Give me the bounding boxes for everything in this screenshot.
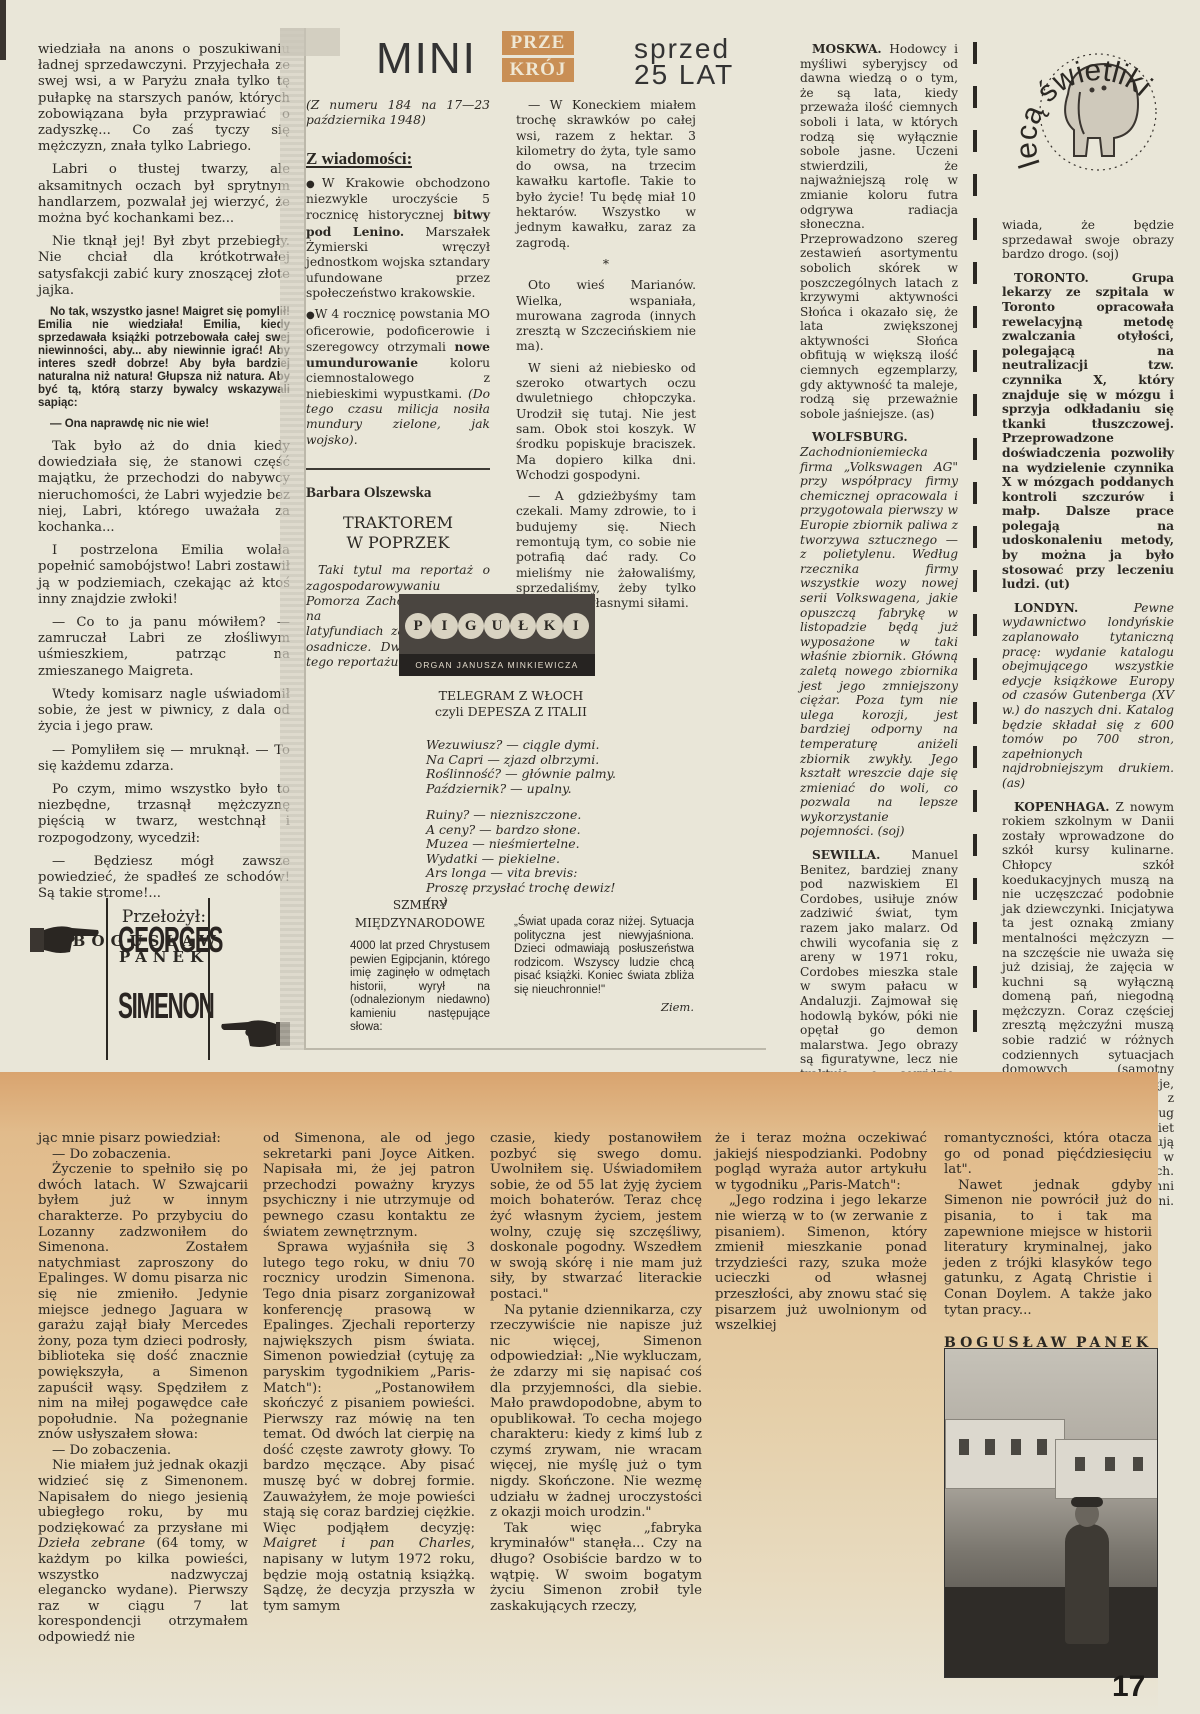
poem-line: Wezuwiusz? — ciągle dymi.	[426, 738, 716, 753]
news-city: MOSKWA.	[812, 42, 882, 56]
pill-letter: I	[563, 613, 589, 639]
pill-letter: K	[536, 613, 562, 639]
photo-window	[1133, 1457, 1143, 1471]
separator-bar	[973, 570, 977, 592]
news-text: Grupa lekarzy ze szpitala w Toronto opra…	[1002, 271, 1174, 591]
separator-bar	[973, 878, 977, 900]
news-item-moskwa: MOSKWA. Hodowcy i myśliwi syberyjscy od …	[800, 42, 958, 421]
news-text: Pewne wydawnictwo londyńskie zaplanowało…	[1002, 601, 1174, 790]
article-paragraph: Nawet jednak gdyby Simenon nie powrócił …	[944, 1178, 1152, 1318]
poem-line: Październik? — upalny.	[426, 782, 716, 797]
telegram-title: TELEGRAM Z WŁOCH czyli DEPESZA Z ITALII	[386, 688, 636, 720]
separator-bar	[973, 702, 977, 724]
banner-first-name: GEORGES	[118, 920, 186, 960]
poem-stanza: Wezuwiusz? — ciągle dymi. Na Capri — zja…	[426, 738, 716, 796]
photo-window	[1105, 1457, 1115, 1471]
poem-line: Roślinność? — głównie palmy.	[426, 767, 716, 782]
separator-bar	[973, 922, 977, 944]
photo-window	[1011, 1439, 1021, 1455]
article-paragraph: jąc mnie pisarz powiedział:	[38, 1131, 248, 1147]
news-text: Hodowcy i myśliwi syberyjscy od dawna wi…	[800, 42, 958, 421]
issue-note: (Z numeru 184 na 17—23 października 1948…	[306, 98, 490, 129]
story-small-quote: — Ona naprawdę nic nie wie!	[38, 418, 290, 431]
separator-bar	[973, 614, 977, 636]
simenon-article-column-4: że i teraz można oczekiwać jakiejś niesp…	[715, 1131, 927, 1334]
article-paragraph: W sieni aż niebiesko od szeroko otwartyc…	[516, 361, 696, 483]
simenon-article-column-5: romantyczności, która otacza go od ponad…	[944, 1131, 1152, 1352]
simenon-photo	[944, 1348, 1158, 1678]
szmery-title-line-2: MIĘDZYNARODOWE	[350, 914, 490, 932]
photo-window	[1037, 1439, 1047, 1455]
mini-left-column: (Z numeru 184 na 17—23 października 1948…	[306, 98, 490, 676]
pigulki-logo: P I G U Ł K I ORGAN JANUSZA MINKIEWICZA	[399, 594, 595, 676]
article-paragraph: — Do zobaczenia.	[38, 1147, 248, 1163]
poem-line: A ceny? — bardzo słone.	[426, 823, 716, 838]
banner-last-name: SIMENON	[118, 986, 186, 1026]
story-paragraph: — Będziesz mógł zawsze powiedzieć, że sp…	[38, 854, 290, 903]
poem-line: Wydatki — piekielne.	[426, 852, 716, 867]
szmery-title-line-1: SZMERY	[350, 896, 490, 914]
mini-przekroj-box: MINI PRZE KRÓJ sprzed 25 LAT (Z numeru 1…	[304, 28, 766, 1050]
article-paragraph: Na pytanie dziennikarza, czy rzeczywiści…	[490, 1303, 702, 1521]
poem-line: Proszę przysłać trochę dewiz!	[426, 881, 716, 896]
article-paragraph: od Simenona, ale od jego sekretarki pani…	[263, 1131, 475, 1240]
news-city: LONDYN.	[1014, 601, 1078, 615]
separator-bar	[973, 306, 977, 328]
news-item-londyn: LONDYN. Pewne wydawnictwo londyńskie zap…	[1002, 601, 1174, 791]
photo-window	[1075, 1457, 1085, 1471]
szmery-section: SZMERY MIĘDZYNARODOWE 4000 lat przed Chr…	[350, 896, 490, 1035]
story-small-print: No tak, wszystko jasne! Maigret się pomy…	[38, 306, 290, 431]
story-paragraph: Wtedy komisarz nagle uświadomił sobie, ż…	[38, 687, 290, 736]
banner-divider-left	[106, 898, 108, 1060]
article-text: Nie miałem już jednak okazji widzieć się…	[38, 1458, 248, 1535]
section-subtitle: sprzed 25 LAT	[634, 36, 734, 88]
mini-title: MINI	[376, 34, 477, 84]
separator-bar	[973, 218, 977, 240]
story-paragraph: Labri o tłustej twarzy, ale aksamitnych …	[38, 162, 290, 227]
leca-swietliki-logo: lecą świetliki	[1010, 34, 1180, 184]
news-heading: Z wiadomości:	[306, 151, 412, 168]
poem-line: Muzea — nieśmiertelne.	[426, 837, 716, 852]
pill-letter: G	[458, 613, 484, 639]
pill-letter: I	[431, 613, 457, 639]
telegram-title-line-2: czyli DEPESZA Z ITALII	[386, 704, 636, 720]
separator-bar	[973, 482, 977, 504]
news-city: TORONTO.	[1014, 271, 1089, 285]
szmery-title: SZMERY MIĘDZYNARODOWE	[350, 896, 490, 932]
separator-bar	[973, 966, 977, 988]
story-paragraph: Po czym, mimo wszystko było to niezbędne…	[38, 782, 290, 847]
separator-bar	[973, 746, 977, 768]
pointing-hand-icon	[30, 922, 100, 956]
decorative-gray-corner	[280, 28, 340, 56]
story-paragraph: — Pomyliłem się — mruknął. — To się każd…	[38, 743, 290, 775]
article-paragraph: Oto wieś Marianów. Wielka, wspaniała, mu…	[516, 278, 696, 354]
separator-bar	[973, 86, 977, 108]
article-paragraph: Nie miałem już jednak okazji widzieć się…	[38, 1458, 248, 1645]
pill-letter: U	[484, 613, 510, 639]
story-small-paragraph: No tak, wszystko jasne! Maigret się pomy…	[38, 306, 290, 410]
news-city: SEWILLA.	[812, 848, 880, 862]
poem-line: Ars longa — vita brevis:	[426, 866, 716, 881]
article-title-line-1: TRAKTOREM	[306, 513, 490, 533]
page-number: 17	[1112, 1670, 1145, 1704]
news-text: wiada, że będzie sprzedawał swoje obrazy…	[1002, 218, 1174, 261]
ancient-quote-text: „Świat upada coraz niżej. Sytuacja polit…	[514, 916, 694, 997]
story-paragraph: Tak było aż do dnia kiedy dowiedziała si…	[38, 439, 290, 536]
article-title: TRAKTOREM W POPRZEK	[306, 513, 490, 553]
separator-bar	[973, 262, 977, 284]
story-paragraph: wiedziała na anons o poszukiwaniu ładnej…	[38, 42, 290, 155]
separator-bar	[973, 130, 977, 152]
telegram-title-line-1: TELEGRAM Z WŁOCH	[386, 688, 636, 704]
logo-top: PRZE	[502, 31, 574, 55]
article-paragraph: Tak więc „fabryka kryminałów" stanęła...…	[490, 1521, 702, 1615]
news-item: W Krakowie obchodzono niezwykle uroczyśc…	[306, 176, 490, 301]
photo-foreground-shadow	[945, 1587, 1157, 1677]
book-title: Maigret i pan Charles	[263, 1536, 471, 1551]
simenon-article-column-1: jąc mnie pisarz powiedział: — Do zobacze…	[38, 1131, 248, 1646]
szmery-text: 4000 lat przed Chrystusem pewien Egipcja…	[350, 940, 490, 1035]
photo-window	[959, 1439, 969, 1455]
article-paragraph: romantyczności, która otacza go od ponad…	[944, 1131, 1152, 1178]
poem-stanza: Ruiny? — niezniszczone. A ceny? — bardzo…	[426, 808, 716, 910]
photo-person-hat	[1071, 1497, 1103, 1507]
page-edge-mark	[0, 0, 6, 60]
news-item-toronto: TORONTO. Grupa lekarzy ze szpitala w Tor…	[1002, 271, 1174, 592]
separator-bar	[973, 834, 977, 856]
banner-divider-right	[208, 898, 210, 1060]
news-item: W 4 rocznicę powstania MO oficerowie, po…	[306, 307, 490, 448]
separator-bar	[973, 1010, 977, 1032]
telegram-poem: Wezuwiusz? — ciągle dymi. Na Capri — zja…	[426, 738, 716, 922]
photo-window	[985, 1439, 995, 1455]
news-column-left: MOSKWA. Hodowcy i myśliwi syberyjscy od …	[800, 42, 958, 1193]
simenon-banner: GEORGES SIMENON	[30, 898, 296, 1060]
article-text: (64 tomy, w każdym po kilka powieści, ws…	[38, 1536, 248, 1645]
news-city: KOPENHAGA.	[1014, 800, 1110, 814]
article-paragraph: że i teraz można oczekiwać jakiejś niesp…	[715, 1131, 927, 1193]
logo-bottom: KRÓJ	[502, 58, 574, 82]
separator-star: *	[516, 257, 696, 272]
article-paragraph: Życzenie to spełniło się po dwóch latach…	[38, 1162, 248, 1443]
article-paragraph: — W Koneckiem miałem trochę skrawków po …	[516, 98, 696, 251]
simenon-article-column-3: czasie, kiedy postanowiłem pozbyć się sw…	[490, 1131, 702, 1614]
article-paragraph: Sprawa wyjaśniła się 3 lutego tego roku,…	[263, 1240, 475, 1614]
news-item-wolfsburg: WOLFSBURG. Zachodnioniemiecka firma „Vol…	[800, 430, 958, 839]
pill-letter: P	[405, 613, 431, 639]
poem-line: Ruiny? — niezniszczone.	[426, 808, 716, 823]
news-city: WOLFSBURG.	[812, 430, 908, 444]
separator-bar	[973, 658, 977, 680]
story-paragraph: I postrzelona Emilia wolała popełnić sam…	[38, 543, 290, 608]
story-paragraph: Nie tknął jej! Był zbyt przebiegły. Nie …	[38, 234, 290, 299]
elephant-icon: lecą świetliki	[1010, 34, 1180, 184]
pill-row: P I G U Ł K I	[405, 602, 589, 650]
separator-bar	[973, 438, 977, 460]
article-paragraph: „Jego rodzina i jego lekarze nie wierzą …	[715, 1193, 927, 1333]
photo-person	[1065, 1524, 1109, 1644]
simenon-article-column-2: od Simenona, ale od jego sekretarki pani…	[263, 1131, 475, 1614]
mini-right-column: — W Koneckiem miałem trochę skrawków po …	[516, 98, 696, 618]
story-column: wiedziała na anons o poszukiwaniu ładnej…	[38, 42, 290, 972]
separator-bar	[973, 394, 977, 416]
story-paragraph: — Co to ja panu mówiłem? — zamruczał Lab…	[38, 615, 290, 680]
column-separator-bars	[973, 42, 979, 1052]
newspaper-page: wiedziała na anons o poszukiwaniu ładnej…	[0, 0, 1200, 1714]
pill-letter: Ł	[510, 613, 536, 639]
separator-bar	[973, 790, 977, 812]
poem-line: Na Capri — zjazd olbrzymi.	[426, 753, 716, 768]
news-item-sewilla-cont: wiada, że będzie sprzedawał swoje obrazy…	[1002, 218, 1174, 262]
decorative-gray-bar	[280, 28, 304, 1050]
article-text: Sprawa wyjaśniła się 3 lutego tego roku,…	[263, 1240, 475, 1536]
separator-bar	[973, 42, 977, 64]
article-title-line-2: W POPRZEK	[306, 533, 490, 553]
article-author: Barbara Olszewska	[306, 486, 490, 501]
book-title: Dzieła zebrane	[38, 1536, 145, 1551]
separator-bar	[973, 174, 977, 196]
pigulki-caption: ORGAN JANUSZA MINKIEWICZA	[399, 654, 595, 676]
przekroj-logo: PRZE KRÓJ	[502, 31, 574, 83]
article-paragraph: czasie, kiedy postanowiłem pozbyć się sw…	[490, 1131, 702, 1303]
separator-bar	[973, 350, 977, 372]
ancient-quote: „Świat upada coraz niżej. Sytuacja polit…	[514, 916, 694, 1015]
quote-signature: Ziem.	[514, 1001, 694, 1015]
subtitle-line-2: 25 LAT	[634, 62, 734, 88]
separator-bar	[973, 526, 977, 548]
news-text: Zachodnioniemiecka firma „Volkswagen AG"…	[800, 445, 958, 838]
section-divider	[306, 468, 490, 470]
article-paragraph: — Do zobaczenia.	[38, 1443, 248, 1459]
